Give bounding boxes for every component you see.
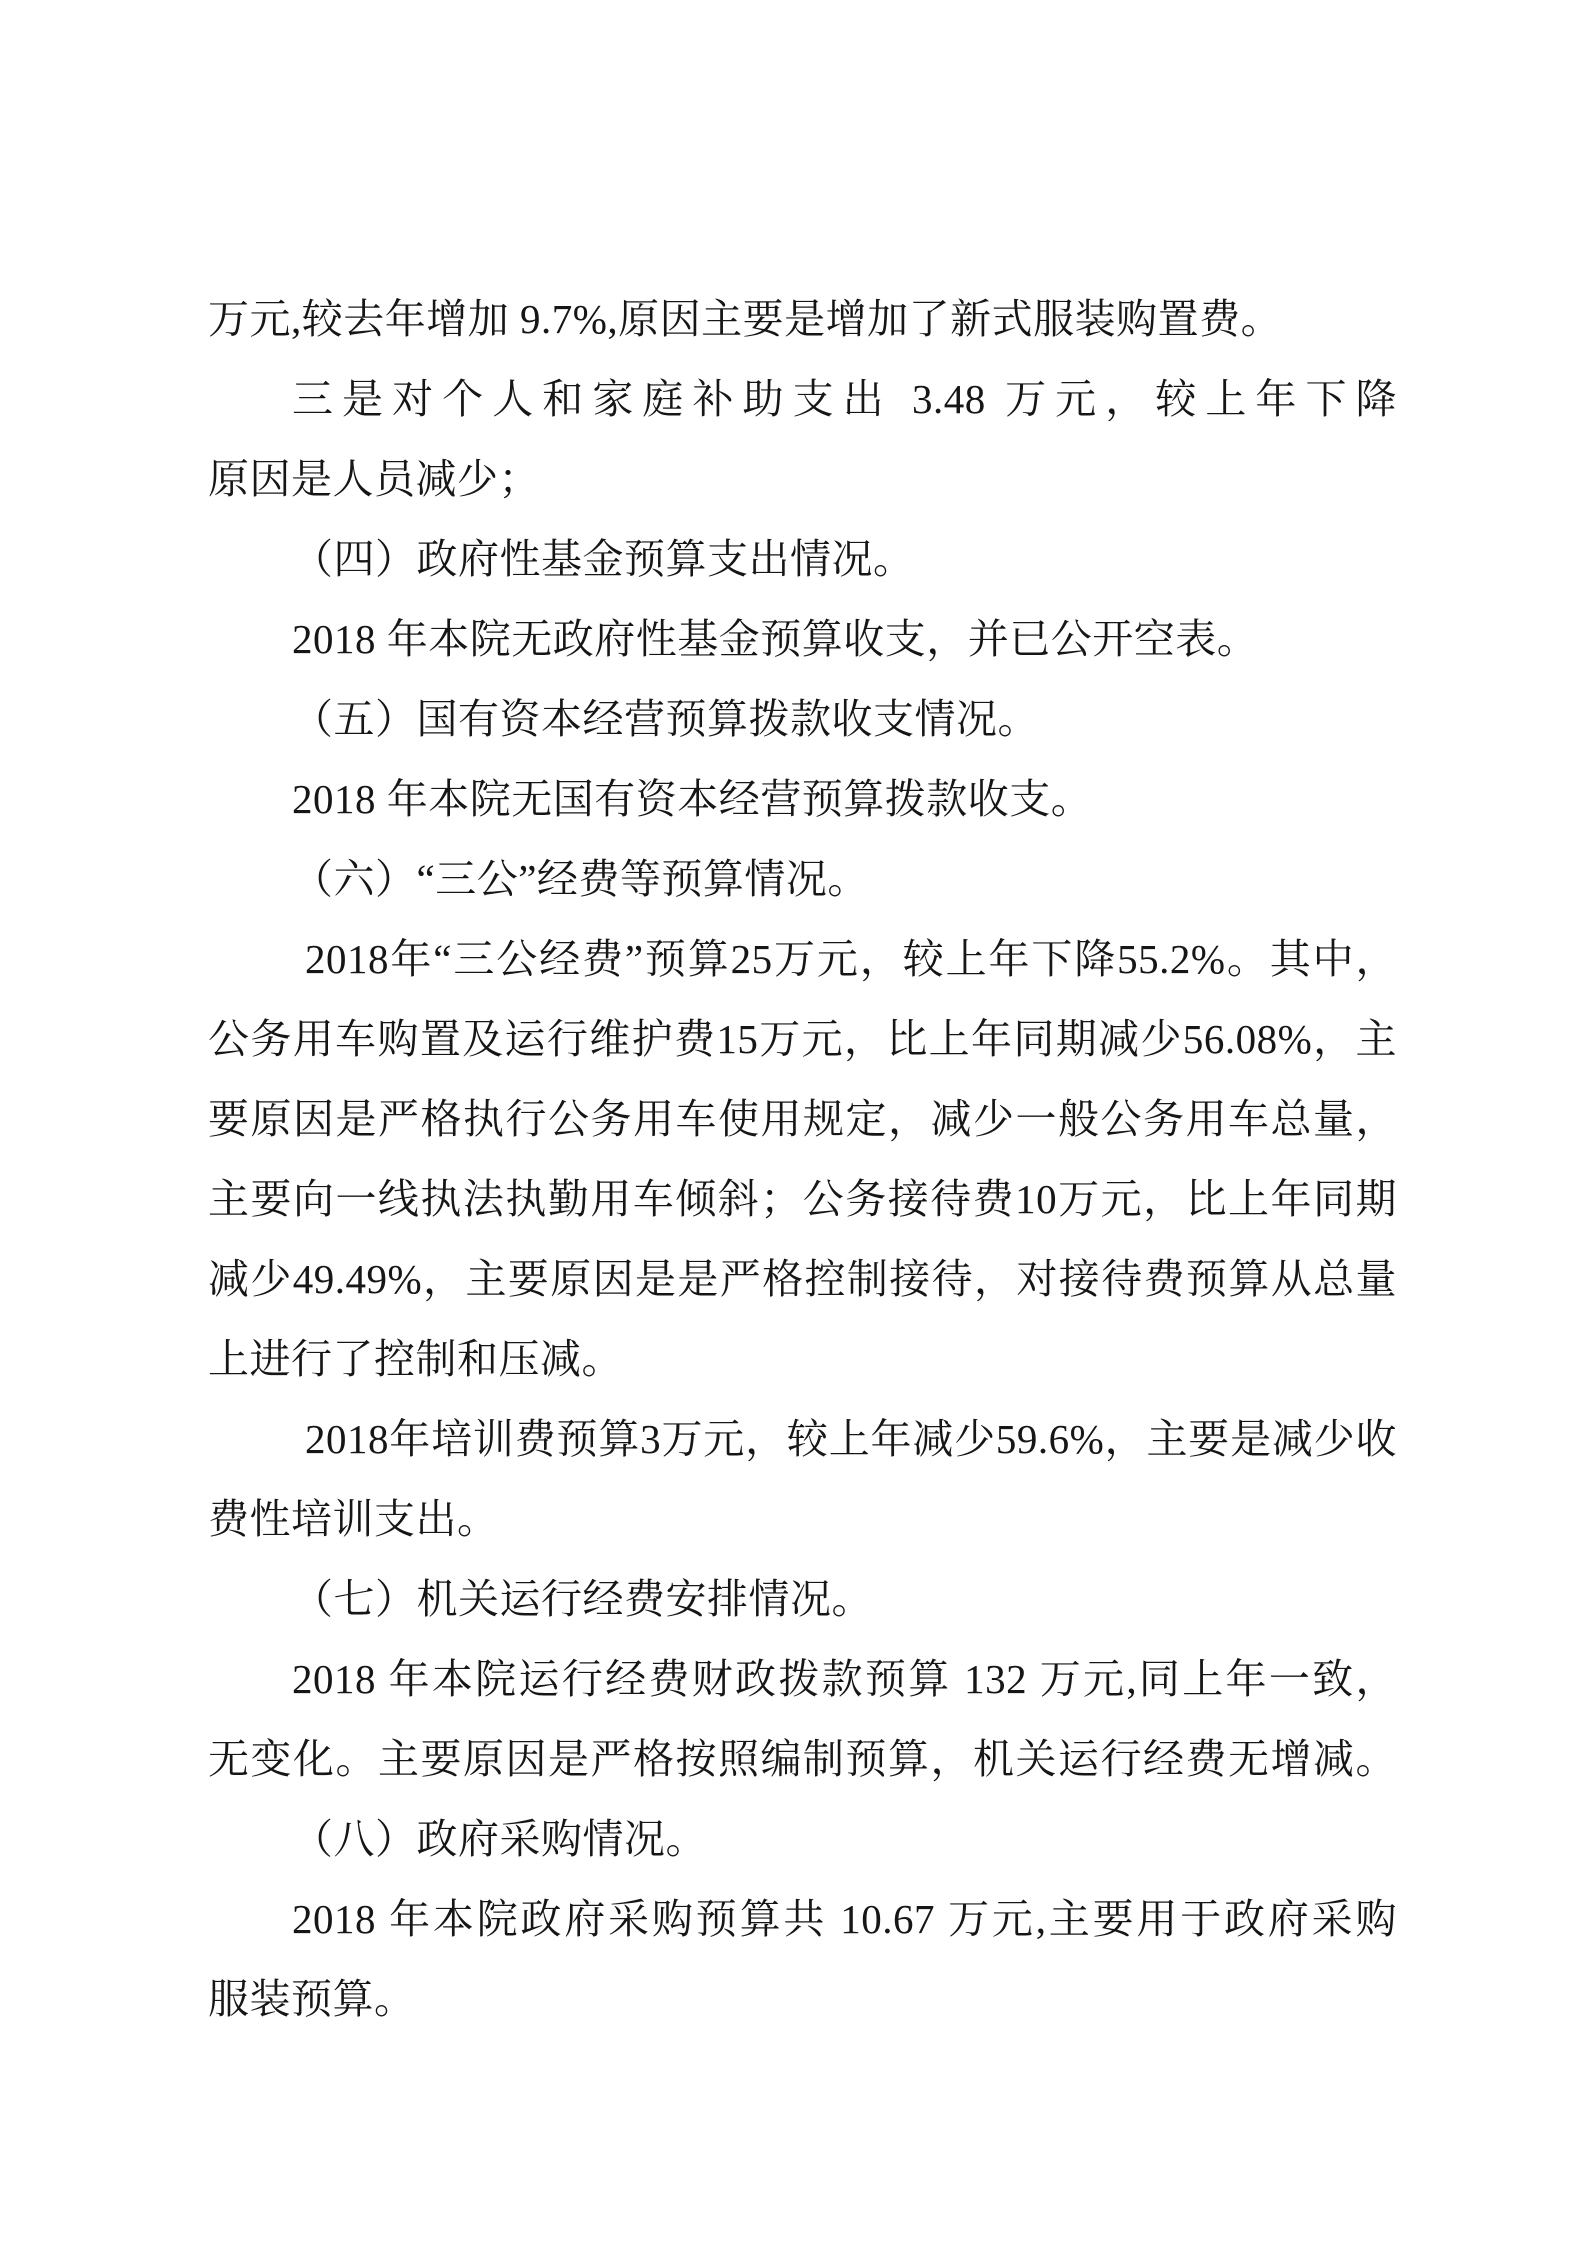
text-line: （四）政府性基金预算支出情况。	[208, 519, 1397, 599]
text-line: 要原因是严格执行公务用车使用规定，减少一般公务用车总量，	[208, 1079, 1397, 1159]
text-line: 上进行了控制和压减。	[208, 1319, 1397, 1399]
text-line: （五）国有资本经营预算拨款收支情况。	[208, 679, 1397, 759]
text-line: 原因是人员减少；	[208, 439, 1397, 519]
text-line: 减少49.49%，主要原因是是严格控制接待，对接待费预算从总量	[208, 1239, 1397, 1319]
document-page: 万元,较去年增加 9.7%,原因主要是增加了新式服装购置费。 三是对个人和家庭补…	[0, 0, 1587, 2245]
text-line: 2018 年本院无国有资本经营预算拨款收支。	[208, 759, 1397, 839]
text-line: 服装预算。	[208, 1959, 1397, 2039]
text-line: 三是对个人和家庭补助支出 3.48 万元，较上年下降 10.77%，	[208, 359, 1397, 439]
text-line: 2018 年本院运行经费财政拨款预算 132 万元,同上年一致，	[208, 1639, 1397, 1719]
text-line: （七）机关运行经费安排情况。	[208, 1559, 1397, 1639]
text-line: 万元,较去年增加 9.7%,原因主要是增加了新式服装购置费。	[208, 279, 1397, 359]
text-line: 公务用车购置及运行维护费15万元，比上年同期减少56.08%，主	[208, 999, 1397, 1079]
text-line: 无变化。主要原因是严格按照编制预算，机关运行经费无增减。	[208, 1719, 1397, 1799]
text-line: 2018 年本院无政府性基金预算收支，并已公开空表。	[208, 599, 1397, 679]
text-line: 费性培训支出。	[208, 1479, 1397, 1559]
text-line: （六）“三公”经费等预算情况。	[208, 839, 1397, 919]
document-text-block: 万元,较去年增加 9.7%,原因主要是增加了新式服装购置费。 三是对个人和家庭补…	[208, 279, 1397, 2039]
text-line: 主要向一线执法执勤用车倾斜；公务接待费10万元，比上年同期	[208, 1159, 1397, 1239]
text-line: 2018年培训费预算3万元，较上年减少59.6%，主要是减少收	[208, 1399, 1397, 1479]
text-line: 2018年“三公经费”预算25万元，较上年下降55.2%。其中，	[208, 919, 1397, 999]
text-line: 2018 年本院政府采购预算共 10.67 万元,主要用于政府采购	[208, 1879, 1397, 1959]
text-line: （八）政府采购情况。	[208, 1799, 1397, 1879]
